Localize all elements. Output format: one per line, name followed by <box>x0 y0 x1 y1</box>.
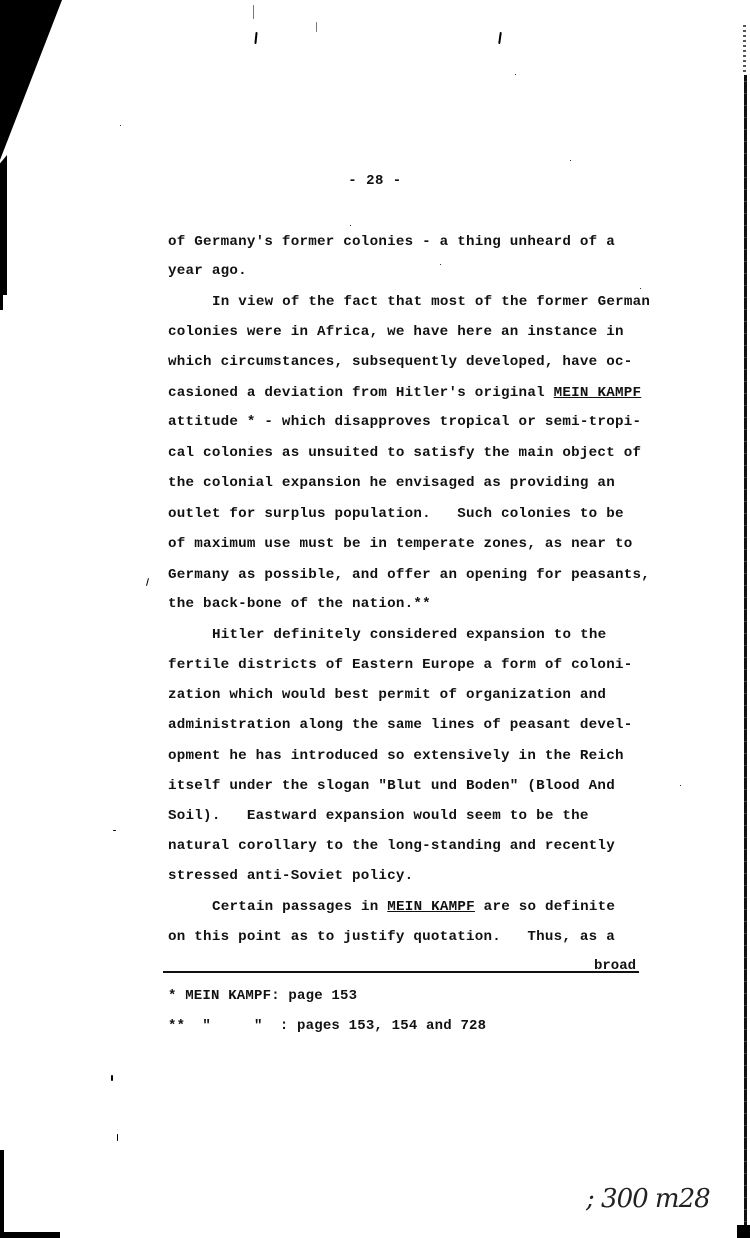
scan-dust <box>570 160 571 161</box>
body-line: the back-bone of the nation.** <box>168 596 431 612</box>
body-line: on this point as to justify quotation. T… <box>168 929 615 945</box>
body-line: colonies were in Africa, we have here an… <box>168 324 624 340</box>
body-line: cal colonies as unsuited to satisfy the … <box>168 445 641 461</box>
body-line: Soil). Eastward expansion would seem to … <box>168 808 589 824</box>
document-page: - 28 - of Germany's former colonies - a … <box>0 0 750 1238</box>
scan-mark <box>117 1134 118 1141</box>
scan-shadow-left-edge <box>0 295 3 310</box>
body-line: Germany as possible, and offer an openin… <box>168 567 650 583</box>
book-title-underlined: MEIN KAMPF <box>387 899 475 915</box>
page-number: - 28 - <box>0 173 750 189</box>
body-line: fertile districts of Eastern Europe a fo… <box>168 657 633 673</box>
scan-shadow-right-top <box>743 25 746 75</box>
footnote-separator-rule <box>163 971 639 973</box>
body-line: administration along the same lines of p… <box>168 717 633 733</box>
body-line: stressed anti-Soviet policy. <box>168 868 413 884</box>
body-text: are so definite <box>475 899 615 915</box>
body-line: year ago. <box>168 263 247 279</box>
scan-mark <box>498 32 502 44</box>
scan-shadow-right-edge <box>744 75 747 1238</box>
paragraph-start-line: Certain passages in MEIN KAMPF are so de… <box>212 899 615 915</box>
book-title-underlined: MEIN KAMPF <box>554 385 642 401</box>
scan-shadow-corner <box>0 0 62 160</box>
scan-dust <box>350 225 351 226</box>
body-line: of Germany's former colonies - a thing u… <box>168 234 615 250</box>
scan-mark <box>113 830 116 831</box>
scan-dust <box>440 264 441 265</box>
scan-mark <box>111 1075 113 1081</box>
body-line: outlet for surplus population. Such colo… <box>168 506 624 522</box>
scan-shadow-bottom <box>0 1232 60 1238</box>
body-line: attitude * - which disapproves tropical … <box>168 414 641 430</box>
scan-mark <box>316 22 317 32</box>
scan-mark <box>253 5 254 19</box>
body-line: opment he has introduced so extensively … <box>168 748 624 764</box>
body-line: the colonial expansion he envisaged as p… <box>168 475 615 491</box>
body-text: casioned a deviation from Hitler's origi… <box>168 385 554 401</box>
body-line: which circumstances, subsequently develo… <box>168 354 633 370</box>
handwritten-archive-note: ; 300 m28 <box>586 1184 710 1214</box>
scan-dust <box>515 74 516 75</box>
body-line: zation which would best permit of organi… <box>168 687 606 703</box>
footnote: ** " " : pages 153, 154 and 728 <box>168 1018 486 1034</box>
scan-mark <box>146 578 149 586</box>
paragraph-start-line: Hitler definitely considered expansion t… <box>212 627 606 643</box>
body-line: natural corollary to the long-standing a… <box>168 838 615 854</box>
body-line: of maximum use must be in temperate zone… <box>168 536 633 552</box>
scan-shadow-right-foot <box>737 1225 750 1238</box>
scan-dust <box>640 288 641 289</box>
paragraph-start-line: In view of the fact that most of the for… <box>212 294 650 310</box>
footnote: * MEIN KAMPF: page 153 <box>168 988 357 1004</box>
body-text: Certain passages in <box>212 899 387 915</box>
body-line: casioned a deviation from Hitler's origi… <box>168 385 641 401</box>
scan-mark <box>254 32 257 44</box>
scan-shadow-left-bottom <box>0 1150 4 1238</box>
body-line: itself under the slogan "Blut und Boden"… <box>168 778 615 794</box>
scan-dust <box>120 125 121 126</box>
scan-dust <box>680 785 681 786</box>
